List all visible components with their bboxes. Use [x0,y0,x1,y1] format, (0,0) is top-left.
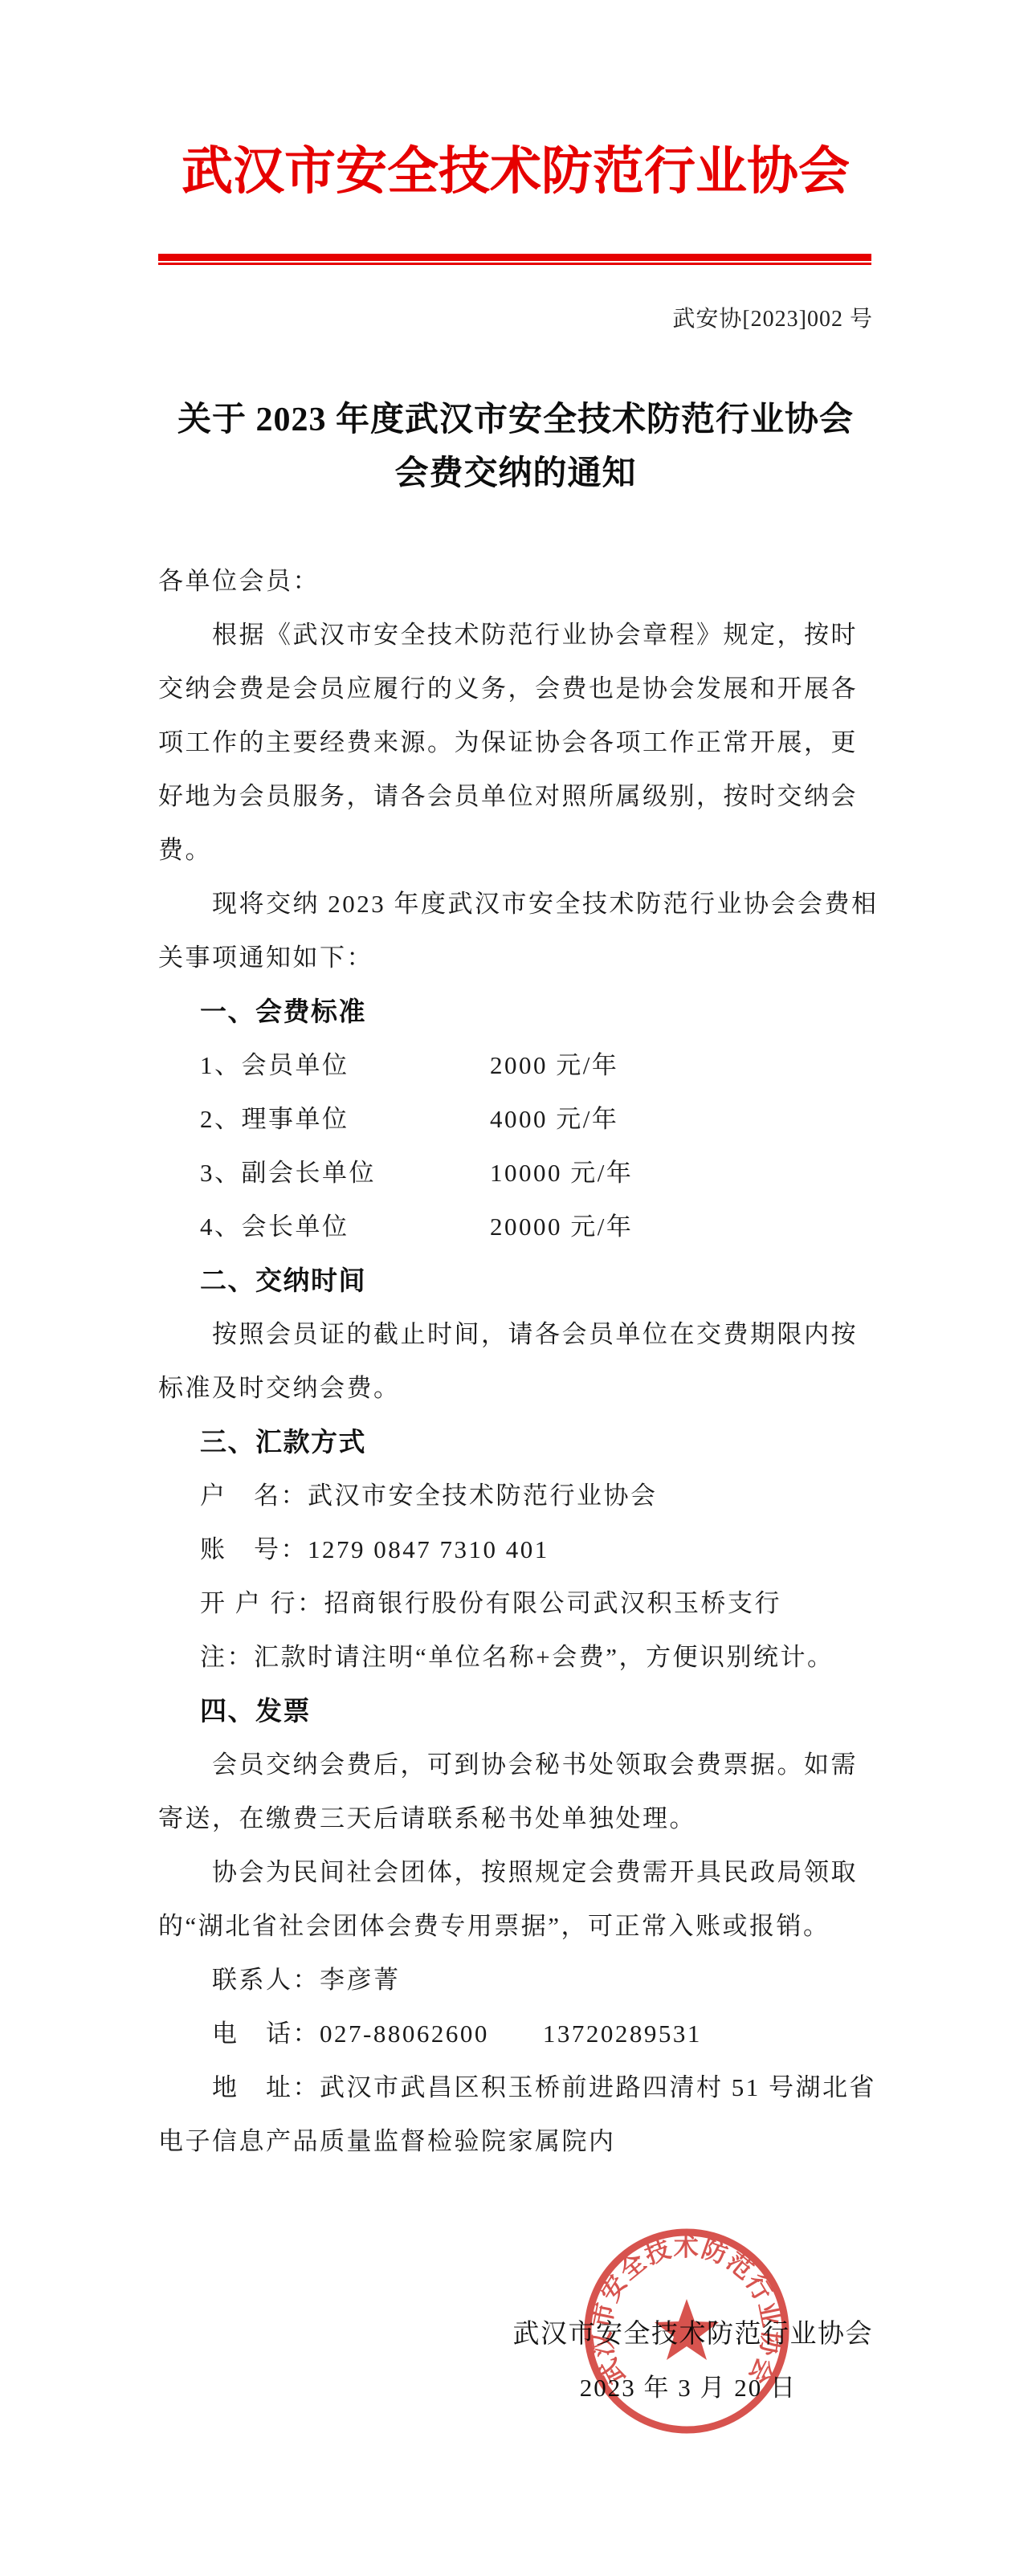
contact-phone-label: 电 话： [212,2020,320,2048]
section-1-heading: 一、会费标准 [158,984,879,1038]
contact-person-value: 李彦菁 [320,1966,401,1994]
contact-phone-value: 027-88062600 13720289531 [320,2020,702,2048]
contact-address-label: 地 址： [212,2073,320,2101]
contact-phone-line: 电 话：027-88062600 13720289531 [158,2007,879,2060]
account-number-label: 账 号： [200,1535,308,1563]
intro-paragraph-1: 根据《武汉市安全技术防范行业协会章程》规定，按时交纳会费是会员应履行的义务，会费… [158,608,879,877]
official-seal: 武汉市安全技术防范行业协会 [574,2219,799,2444]
notice-body: 各单位会员： 根据《武汉市安全技术防范行业协会章程》规定，按时交纳会费是会员应履… [158,554,879,2168]
account-name-value: 武汉市安全技术防范行业协会 [308,1482,658,1510]
bank-value: 招商银行股份有限公司武汉积玉桥支行 [324,1589,782,1617]
fee-label: 1、会员单位 [200,1038,490,1092]
notice-title-line1: 关于 2023 年度武汉市安全技术防范行业协会 [130,393,901,447]
fee-label: 4、会长单位 [200,1200,490,1253]
fee-row-vice-president: 3、副会长单位10000 元/年 [158,1146,879,1200]
account-number-value: 1279 0847 7310 401 [308,1535,549,1563]
fee-label: 2、理事单位 [200,1092,490,1146]
payment-time-paragraph: 按照会员证的截止时间，请各会员单位在交费期限内按标准及时交纳会费。 [158,1307,879,1415]
contact-person-label: 联系人： [212,1966,320,1994]
fee-label: 3、副会长单位 [200,1146,490,1200]
fee-value: 10000 元/年 [490,1159,633,1187]
notice-title: 关于 2023 年度武汉市安全技术防范行业协会 会费交纳的通知 [130,393,901,501]
intro-paragraph-2: 现将交纳 2023 年度武汉市安全技术防范行业协会会费相关事项通知如下： [158,877,879,984]
fee-value: 4000 元/年 [490,1105,618,1133]
bank-line: 开 户 行：招商银行股份有限公司武汉积玉桥支行 [158,1576,879,1630]
contact-person-line: 联系人：李彦菁 [158,1953,879,2007]
invoice-paragraph-2: 协会为民间社会团体，按照规定会费需开具民政局领取的“湖北省社会团体会费专用票据”… [158,1845,879,1953]
fee-value: 2000 元/年 [490,1051,618,1079]
bank-label: 开 户 行： [200,1589,324,1617]
section-2-heading: 二、交纳时间 [158,1253,879,1307]
fee-row-director: 2、理事单位4000 元/年 [158,1092,879,1146]
remittance-note-line: 注：汇款时请注明“单位名称+会费”，方便识别统计。 [158,1630,879,1684]
account-name-line: 户 名：武汉市安全技术防范行业协会 [158,1469,879,1522]
document-number: 武安协[2023]002 号 [158,304,873,336]
document-page: 武汉市安全技术防范行业协会 武安协[2023]002 号 关于 2023 年度武… [0,0,1028,2576]
letterhead-org-title: 武汉市安全技术防范行业协会 [158,135,873,209]
contact-address-line: 地 址：武汉市武昌区积玉桥前进路四清村 51 号湖北省电子信息产品质量监督检验院… [158,2060,879,2168]
section-3-heading: 三、汇款方式 [158,1415,879,1469]
salutation: 各单位会员： [158,554,879,608]
invoice-paragraph-1: 会员交纳会费后，可到协会秘书处领取会费票据。如需寄送，在缴费三天后请联系秘书处单… [158,1738,879,1845]
fee-row-president: 4、会长单位20000 元/年 [158,1200,879,1253]
fee-row-member: 1、会员单位2000 元/年 [158,1038,879,1092]
letterhead-divider [158,254,871,265]
notice-title-line2: 会费交纳的通知 [130,447,901,501]
seal-star-icon [655,2299,719,2360]
account-name-label: 户 名： [200,1482,308,1510]
section-4-heading: 四、发票 [158,1684,879,1738]
fee-value: 20000 元/年 [490,1213,633,1241]
account-number-line: 账 号：1279 0847 7310 401 [158,1522,879,1576]
